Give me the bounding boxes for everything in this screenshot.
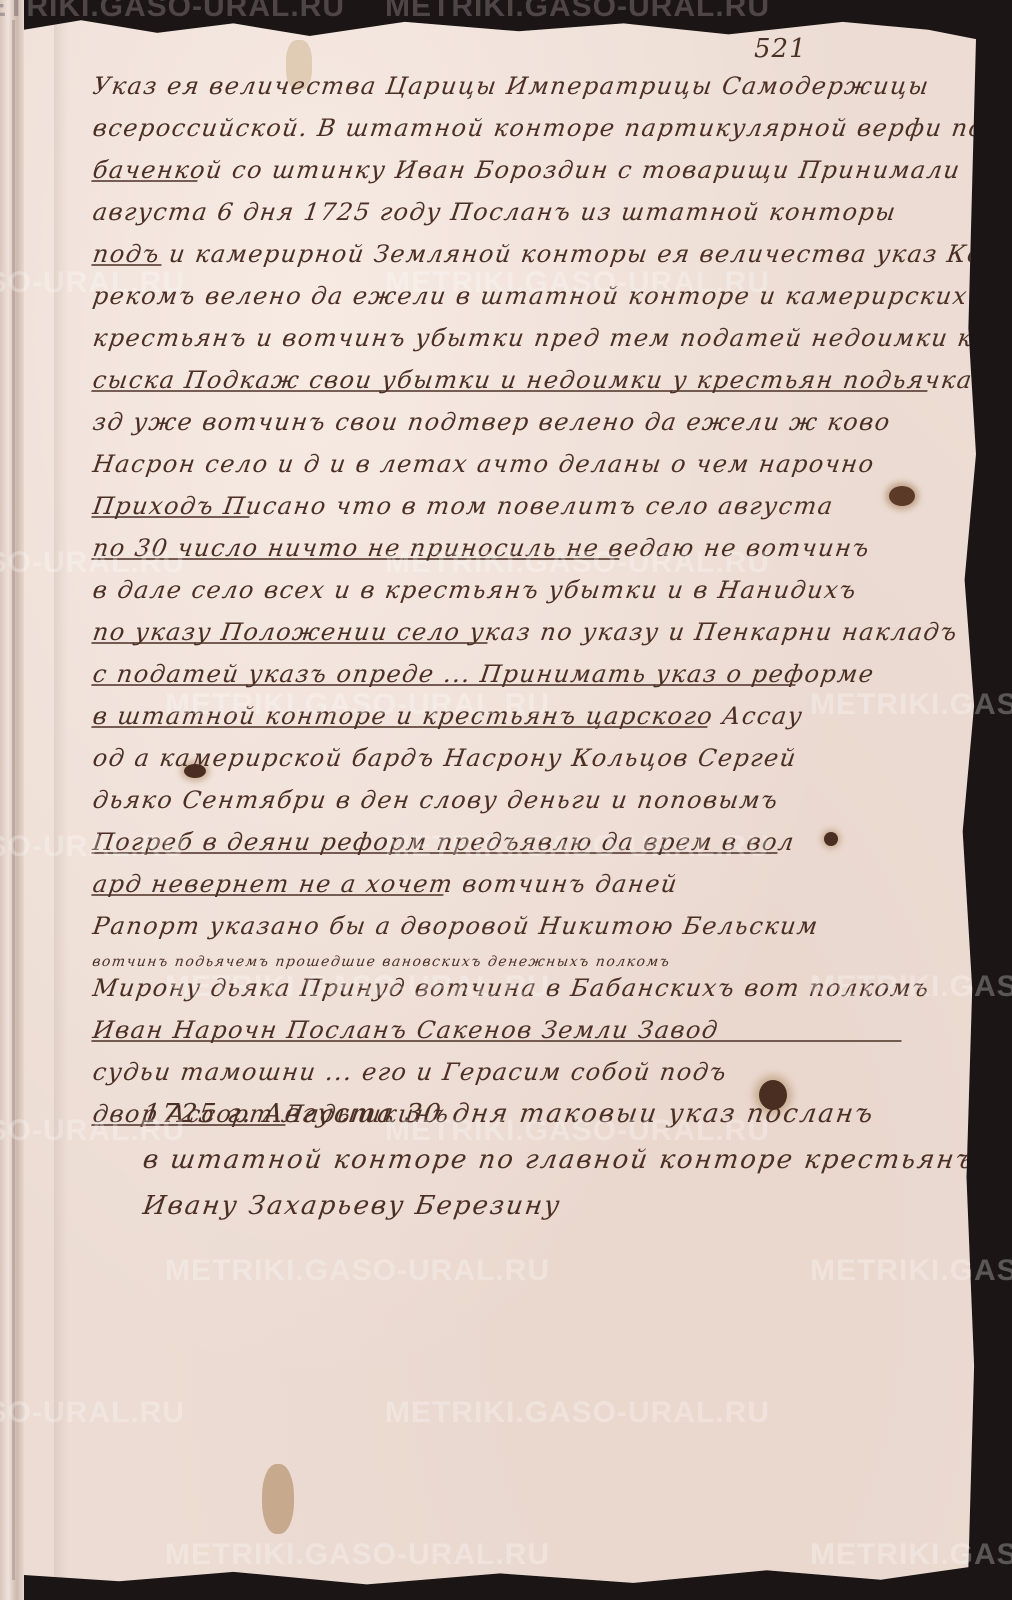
page-gutter-shadow (54, 14, 68, 1586)
text-line: ард невернет не а хочет вотчинъ даней (89, 870, 975, 912)
text-line: баченкой со штинку Иван Бороздин с товар… (89, 156, 975, 198)
text-line: рекомъ велено да ежели в штатной конторе… (89, 282, 975, 324)
date-entry: 1725 г. Августа 30 дня таковыи указ посл… (142, 1099, 992, 1237)
text-line: Насрон село и д и в летах ачто деланы о … (89, 450, 975, 492)
text-line: дьяко Сентябри в ден слову деньги и попо… (89, 786, 975, 828)
text-line: августа 6 дня 1725 году Посланъ из штатн… (89, 198, 975, 240)
text-line: судьи тамошни ... его и Герасим собой по… (89, 1058, 975, 1100)
text-line: в штатной конторе и крестьянъ царского А… (89, 702, 975, 744)
binding-fold-line (12, 20, 15, 1580)
folio-number: 521 (754, 34, 807, 64)
text-line: Погреб в деяни реформ предъявлю да врем … (89, 828, 975, 870)
text-line: Приходъ Писано что в том повелитъ село а… (89, 492, 975, 534)
text-line: сыска Подкаж свои убытки и недоимки у кр… (89, 366, 975, 408)
text-line: Указ ея величества Царицы Императрицы Са… (89, 72, 975, 114)
date-line: 1725 г. Августа 30 дня таковыи указ посл… (139, 1099, 995, 1145)
text-line: Иван Нарочн Посланъ Сакенов Земли Завод (89, 1016, 975, 1058)
text-line: с податей указъ опреде ... Принимать ука… (89, 660, 975, 702)
date-line: Ивану Захарьеву Березину (139, 1191, 995, 1237)
text-line: всероссийской. В штатной конторе партику… (89, 114, 975, 156)
manuscript-page: 521 Указ ея величества Царицы Императриц… (24, 14, 976, 1586)
text-line: по указу Положении село указ по указу и … (89, 618, 975, 660)
manuscript-text: Указ ея величества Царицы Императрицы Са… (92, 72, 972, 1142)
text-line-interlinear: вотчинъ подьячемъ прошедшие вановскихъ д… (91, 954, 974, 974)
text-line: Мирону дьяка Принуд вотчина в Бабанскихъ… (89, 974, 975, 1016)
text-line: од а камерирской бардъ Насрону Кольцов С… (89, 744, 975, 786)
watermark: METRIKI.GASO-URAL.RU (0, 0, 345, 24)
text-line: зд уже вотчинъ свои подтвер велено да еж… (89, 408, 975, 450)
water-stain (262, 1464, 294, 1534)
text-line: Рапорт указано бы а дворовой Никитою Бел… (89, 912, 975, 954)
text-line: в дале село всех и в крестьянъ убытки и … (89, 576, 975, 618)
date-line: в штатной конторе по главной конторе кре… (139, 1145, 995, 1191)
text-line: подъ и камерирной Земляной конторы ея ве… (89, 240, 975, 282)
text-line: крестьянъ и вотчинъ убытки пред тем пода… (89, 324, 975, 366)
book-binding (0, 0, 24, 1600)
watermark: METRIKI.GASO-URAL.RU (385, 0, 770, 24)
text-line: по 30 число ничто не приносиль не ведаю … (89, 534, 975, 576)
